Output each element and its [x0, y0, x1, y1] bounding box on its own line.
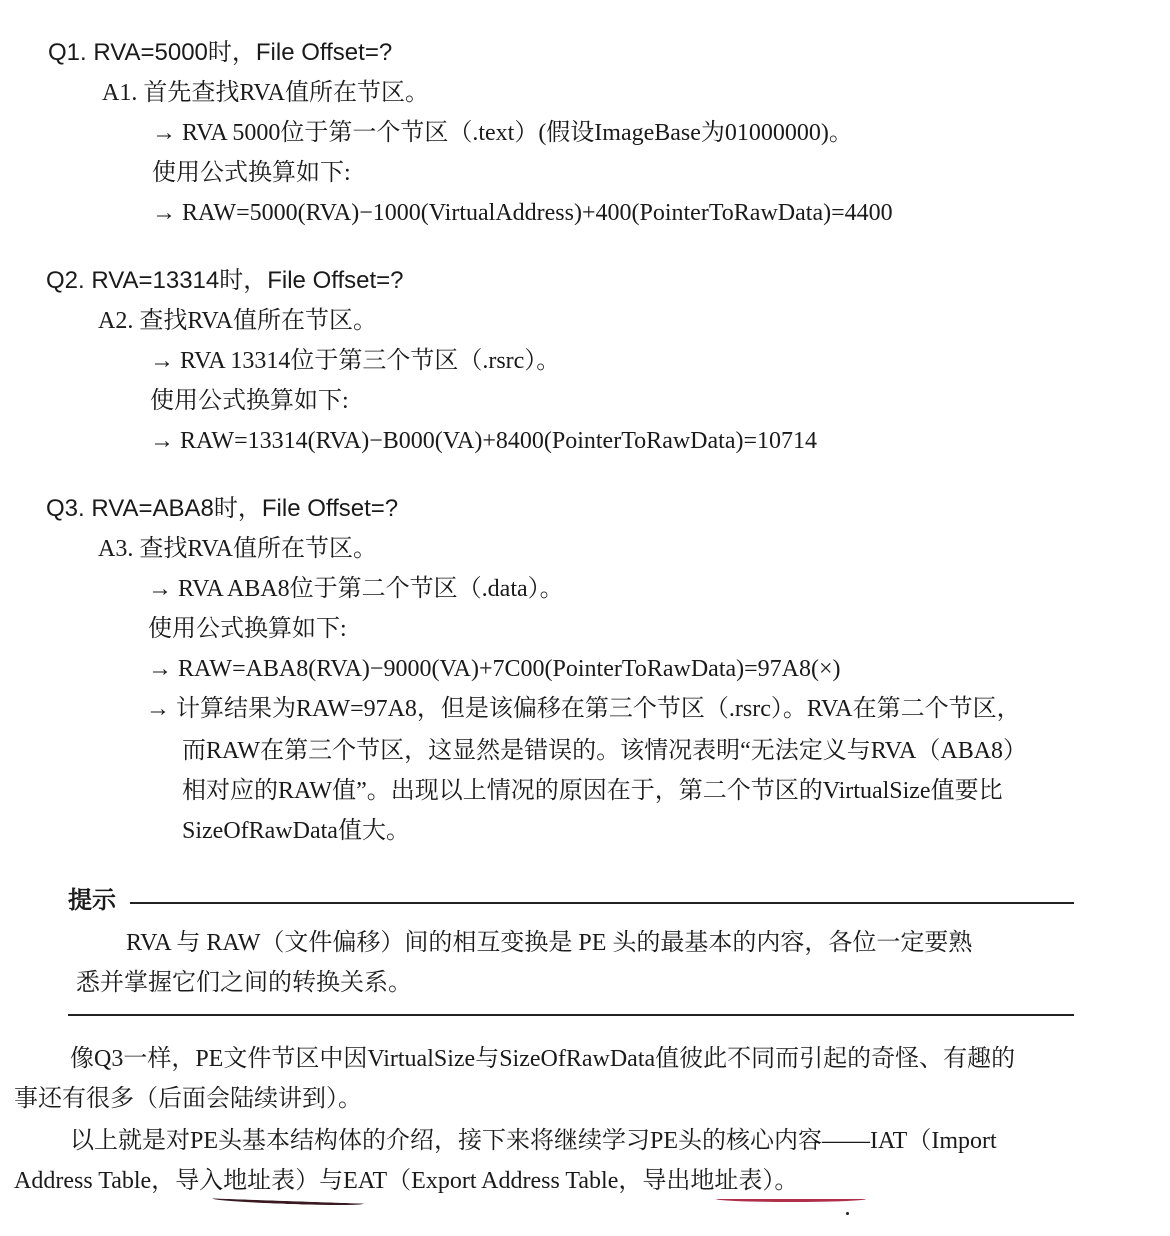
q3-answer-title: A3. 查找RVA值所在节区。 — [98, 534, 377, 564]
body-paragraph-line: 像Q3一样，PE文件节区中因VirtualSize与SizeOfRawData值… — [70, 1044, 1015, 1074]
q3-explanation-line: 相对应的RAW值”。出现以上情况的原因在于，第二个节区的VirtualSize值… — [182, 776, 1003, 806]
q2-question: Q2. RVA=13314时，File Offset=? — [46, 266, 404, 296]
q1-answer-title: A1. 首先查找RVA值所在节区。 — [102, 78, 429, 108]
handwritten-underline-mark — [716, 1196, 866, 1202]
q2-formula-label: 使用公式换算如下: — [150, 386, 349, 416]
tip-bottom-rule — [68, 1014, 1074, 1016]
highlighted-term-iat: 导入地址表 — [175, 1168, 295, 1194]
handwritten-underline-mark — [212, 1195, 364, 1206]
q3-explanation-line: 而RAW在第三个节区，这显然是错误的。该情况表明“无法定义与RVA（ABA8） — [182, 736, 1027, 766]
q3-formula: → RAW=ABA8(RVA)−9000(VA)+7C00(PointerToR… — [148, 654, 841, 684]
body-paragraph-line: Address Table，导入地址表）与EAT（Export Address … — [14, 1166, 798, 1196]
ink-dot — [846, 1212, 849, 1215]
tip-title: 提示 — [68, 886, 116, 916]
q3-explanation-line: SizeOfRawData值大。 — [182, 816, 410, 846]
q3-step: → RVA ABA8位于第二个节区（.data）。 — [148, 574, 564, 604]
q1-formula: → RAW=5000(RVA)−1000(VirtualAddress)+400… — [152, 198, 893, 228]
tip-top-rule — [130, 902, 1074, 904]
q2-step: → RVA 13314位于第三个节区（.rsrc）。 — [150, 346, 560, 376]
q3-explanation-line: → 计算结果为RAW=97A8，但是该偏移在第三个节区（.rsrc）。RVA在第… — [146, 694, 1021, 724]
body-paragraph-line: 以上就是对PE头基本结构体的介绍，接下来将继续学习PE头的核心内容——IAT（I… — [70, 1126, 997, 1156]
q2-formula: → RAW=13314(RVA)−B000(VA)+8400(PointerTo… — [150, 426, 817, 456]
highlighted-term-eat: 导出地址表 — [642, 1168, 762, 1194]
tip-text-line: 悉并掌握它们之间的转换关系。 — [76, 968, 412, 998]
text-segment: ）与EAT（Export Address Table， — [295, 1168, 642, 1194]
q1-step: → RVA 5000位于第一个节区（.text）(假设ImageBase为010… — [152, 118, 853, 148]
q3-question: Q3. RVA=ABA8时，File Offset=? — [46, 494, 398, 524]
q1-question: Q1. RVA=5000时，File Offset=? — [48, 38, 392, 68]
tip-text-line: RVA 与 RAW（文件偏移）间的相互变换是 PE 头的最基本的内容，各位一定要… — [126, 928, 972, 958]
q3-formula-label: 使用公式换算如下: — [148, 614, 347, 644]
text-segment: Address Table， — [14, 1168, 175, 1194]
body-paragraph-line: 事还有很多（后面会陆续讲到）。 — [14, 1084, 362, 1114]
q2-answer-title: A2. 查找RVA值所在节区。 — [98, 306, 377, 336]
text-segment: ）。 — [762, 1168, 798, 1194]
q1-formula-label: 使用公式换算如下: — [152, 158, 351, 188]
